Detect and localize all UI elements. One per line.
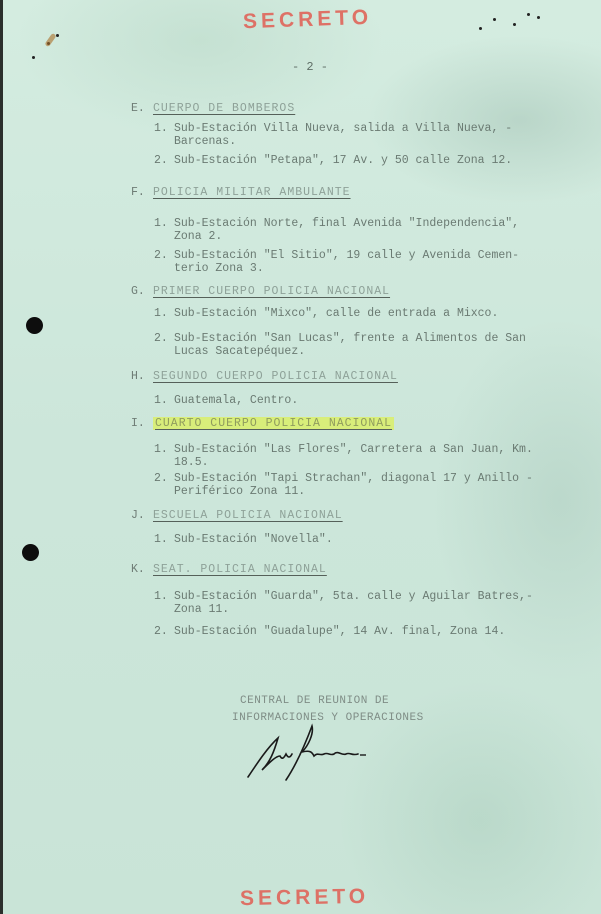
section-heading: J.ESCUELA POLICIA NACIONAL xyxy=(131,509,343,522)
section-letter: F. xyxy=(131,186,153,199)
item-text: Sub-Estación "Petapa", 17 Av. y 50 calle… xyxy=(174,154,512,167)
item-text: Sub-Estación "Tapi Strachan", diagonal 1… xyxy=(174,472,533,498)
item-text: Sub-Estación "Novella". xyxy=(174,533,333,546)
section-heading: I.CUARTO CUERPO POLICIA NACIONAL xyxy=(131,417,394,430)
item-text: Sub-Estación Villa Nueva, salida a Villa… xyxy=(174,122,512,148)
section-letter: J. xyxy=(131,509,153,522)
section-title: CUARTO CUERPO POLICIA NACIONAL xyxy=(153,417,394,430)
section-letter: G. xyxy=(131,285,153,298)
list-item: 1.Guatemala, Centro. xyxy=(154,394,298,407)
section-title: PRIMER CUERPO POLICIA NACIONAL xyxy=(153,285,390,298)
section-title: SEGUNDO CUERPO POLICIA NACIONAL xyxy=(153,370,398,383)
item-text: Sub-Estación "San Lucas", frente a Alime… xyxy=(174,332,526,358)
item-number: 2. xyxy=(154,472,174,485)
item-number: 2. xyxy=(154,154,174,167)
item-text: Sub-Estación "El Sitio", 19 calle y Aven… xyxy=(174,249,519,275)
section-letter: K. xyxy=(131,563,153,576)
section-heading: E.CUERPO DE BOMBEROS xyxy=(131,102,295,115)
ink-speck xyxy=(479,27,482,30)
item-number: 2. xyxy=(154,332,174,345)
list-item: 2.Sub-Estación "Guadalupe", 14 Av. final… xyxy=(154,625,505,638)
list-item: 1.Sub-Estación "Mixco", calle de entrada… xyxy=(154,307,498,320)
item-number: 2. xyxy=(154,625,174,638)
section-heading: H.SEGUNDO CUERPO POLICIA NACIONAL xyxy=(131,370,398,383)
list-item: 1.Sub-Estación "Novella". xyxy=(154,533,333,546)
item-text: Sub-Estación "Guadalupe", 14 Av. final, … xyxy=(174,625,505,638)
item-text: Sub-Estación "Guarda", 5ta. calle y Agui… xyxy=(174,590,533,616)
ink-speck xyxy=(493,18,496,21)
page-edge xyxy=(0,0,3,914)
signature-org-line-1: CENTRAL DE REUNION DE xyxy=(240,695,389,707)
section-title: ESCUELA POLICIA NACIONAL xyxy=(153,509,343,522)
item-number: 1. xyxy=(154,122,174,135)
item-text: Sub-Estación Norte, final Avenida "Indep… xyxy=(174,217,519,243)
rust-stain xyxy=(44,33,56,47)
punch-hole xyxy=(22,544,39,561)
ink-speck xyxy=(32,56,35,59)
document-page: SECRETO - 2 - E.CUERPO DE BOMBEROS1.Sub-… xyxy=(0,0,601,914)
list-item: 1.Sub-Estación Norte, final Avenida "Ind… xyxy=(154,217,519,243)
list-item: 1.Sub-Estación "Guarda", 5ta. calle y Ag… xyxy=(154,590,533,616)
ink-speck xyxy=(56,34,59,37)
item-text: Guatemala, Centro. xyxy=(174,394,298,407)
list-item: 2.Sub-Estación "El Sitio", 19 calle y Av… xyxy=(154,249,519,275)
page-number: - 2 - xyxy=(292,60,328,74)
ink-speck xyxy=(527,13,530,16)
item-number: 1. xyxy=(154,590,174,603)
section-heading: K.SEAT. POLICIA NACIONAL xyxy=(131,563,327,576)
ink-speck xyxy=(537,16,540,19)
item-number: 1. xyxy=(154,394,174,407)
section-heading: G.PRIMER CUERPO POLICIA NACIONAL xyxy=(131,285,390,298)
list-item: 2.Sub-Estación "Tapi Strachan", diagonal… xyxy=(154,472,533,498)
item-number: 1. xyxy=(154,307,174,320)
list-item: 2.Sub-Estación "Petapa", 17 Av. y 50 cal… xyxy=(154,154,512,167)
item-text: Sub-Estación "Las Flores", Carretera a S… xyxy=(174,443,533,469)
item-number: 1. xyxy=(154,217,174,230)
classification-stamp-bottom: SECRETO xyxy=(240,885,370,911)
item-number: 1. xyxy=(154,533,174,546)
section-title: POLICIA MILITAR AMBULANTE xyxy=(153,186,351,199)
section-title: SEAT. POLICIA NACIONAL xyxy=(153,563,327,576)
item-number: 1. xyxy=(154,443,174,456)
handwritten-signature xyxy=(240,722,390,782)
classification-stamp-top: SECRETO xyxy=(243,6,373,34)
list-item: 1.Sub-Estación "Las Flores", Carretera a… xyxy=(154,443,533,469)
section-heading: F.POLICIA MILITAR AMBULANTE xyxy=(131,186,351,199)
list-item: 2.Sub-Estación "San Lucas", frente a Ali… xyxy=(154,332,526,358)
item-number: 2. xyxy=(154,249,174,262)
section-letter: H. xyxy=(131,370,153,383)
list-item: 1.Sub-Estación Villa Nueva, salida a Vil… xyxy=(154,122,512,148)
section-letter: I. xyxy=(131,417,153,430)
item-text: Sub-Estación "Mixco", calle de entrada a… xyxy=(174,307,498,320)
section-title: CUERPO DE BOMBEROS xyxy=(153,102,295,115)
ink-speck xyxy=(513,23,516,26)
punch-hole xyxy=(26,317,43,334)
section-letter: E. xyxy=(131,102,153,115)
